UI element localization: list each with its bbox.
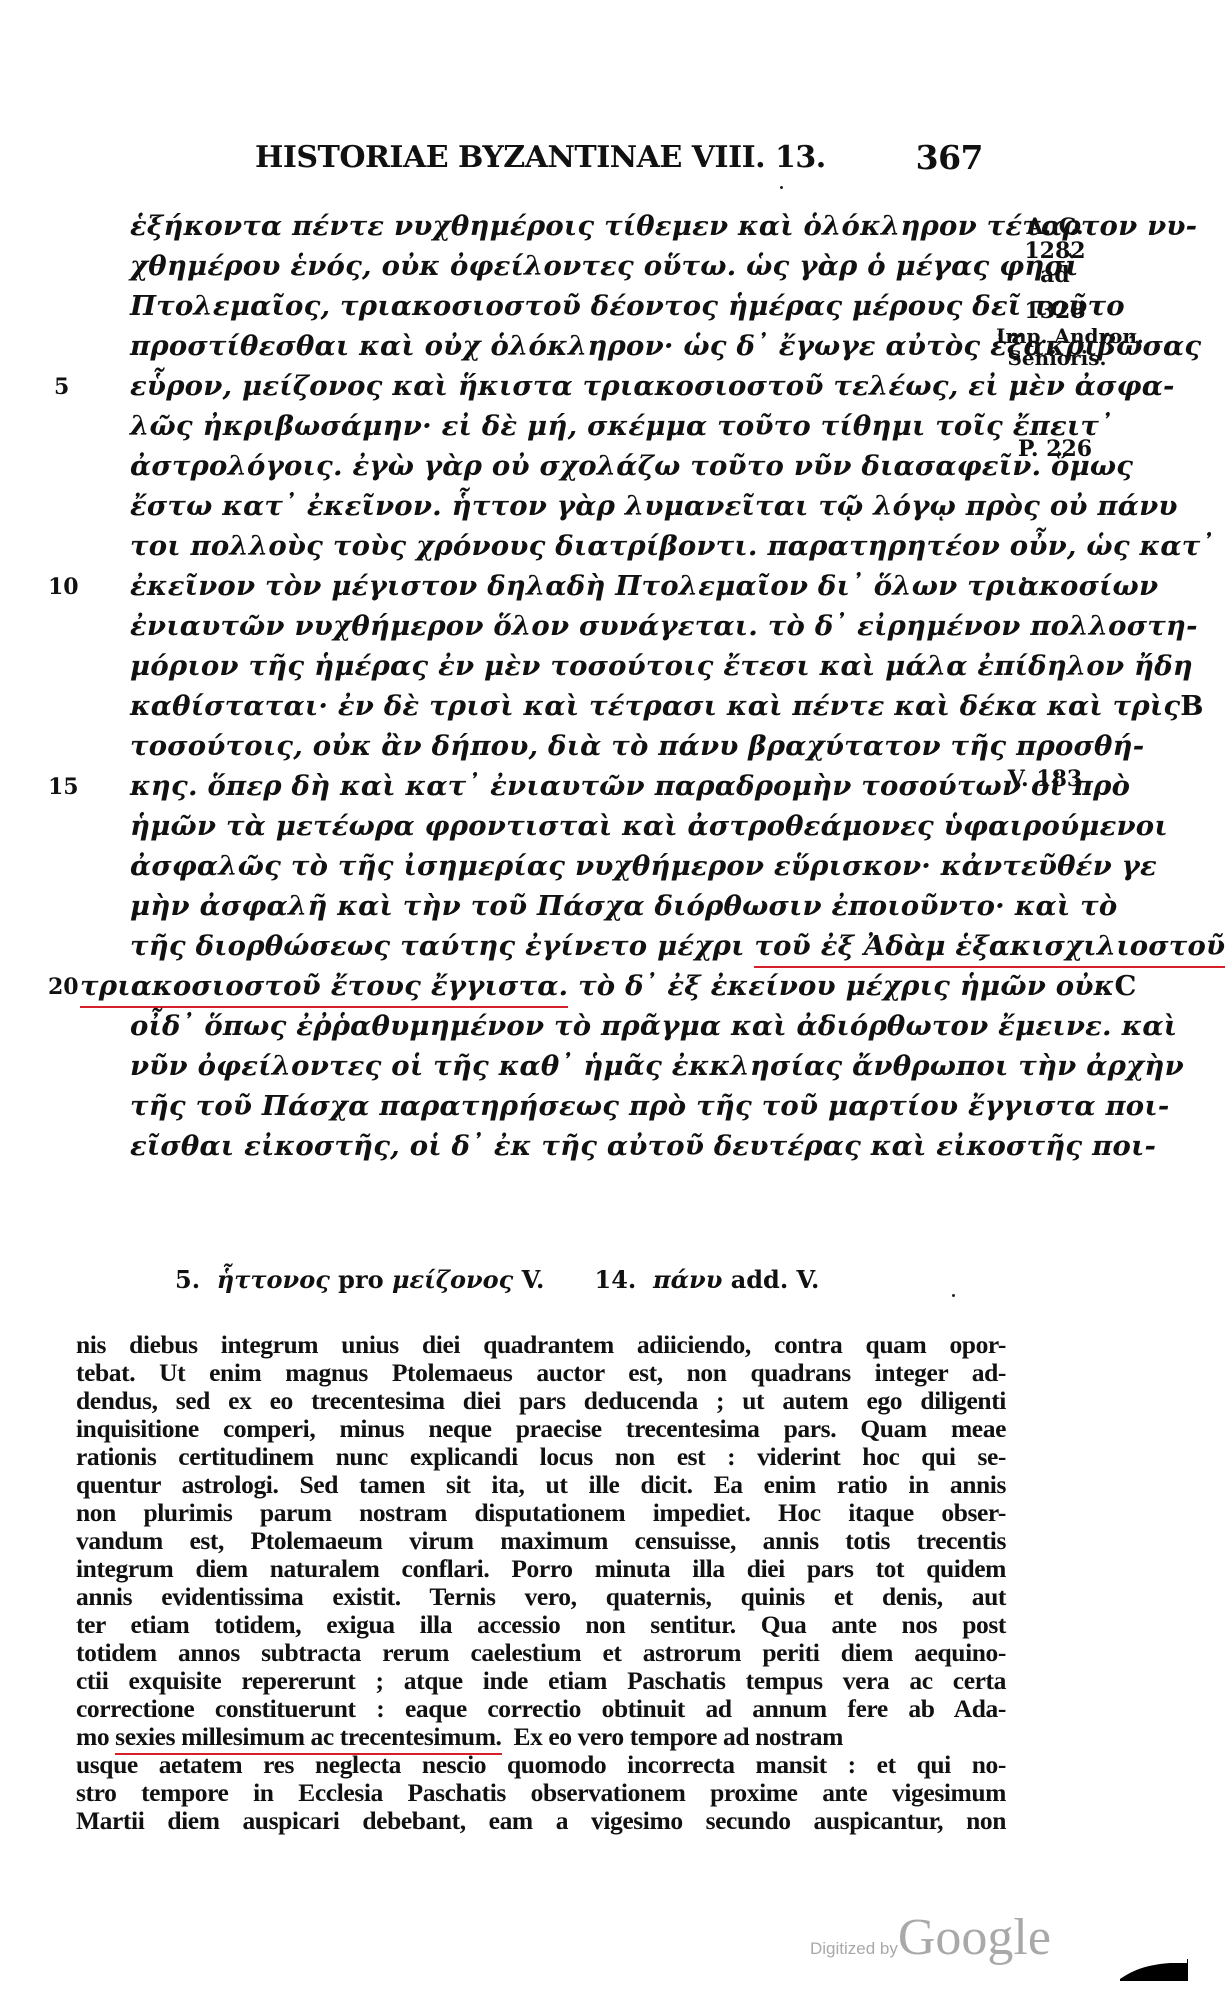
- underlined-phrase: τριακοσιοστοῦ ἔτους ἔγγιστα.: [80, 970, 568, 1008]
- latin-line: nis diebus integrum unius diei quadrante…: [76, 1330, 1006, 1360]
- page-number: 367: [916, 138, 983, 177]
- margin-year-start: 1282: [1010, 238, 1100, 264]
- latin-line-highlighted: mo sexies millesimum ac trecentesimum. E…: [76, 1722, 1006, 1752]
- scan-artifact-icon: [1120, 1959, 1188, 1981]
- scanned-book-page: HISTORIAE BYZANTINAE VIII. 13. 367 ἑξήκο…: [0, 0, 1231, 2000]
- latin-line: annis evidentissima existit. Ternis vero…: [76, 1582, 1006, 1612]
- latin-line: totidem annos subtracta rerum caelestium…: [76, 1638, 1006, 1668]
- latin-line: ter etiam totidem, exigua illa accessio …: [76, 1610, 1006, 1640]
- running-head: HISTORIAE BYZANTINAE VIII. 13. 367: [255, 140, 1005, 184]
- line-number: 15: [48, 774, 79, 800]
- latin-line: stro tempore in Ecclesia Paschatis obser…: [76, 1778, 1006, 1808]
- underlined-phrase: τοῦ ἐξ Ἀδὰμ ἑξακισχιλιοστοῦ: [754, 930, 1225, 968]
- scan-speck: [1022, 577, 1026, 581]
- line-number: 10: [48, 574, 79, 600]
- margin-ad: ad: [1010, 262, 1100, 288]
- critical-apparatus: 5. ἧττονος pro μείζονος V. 14. πάνυ add.…: [175, 1265, 819, 1294]
- margin-page-ref-p: P. 226: [1000, 436, 1110, 462]
- latin-line: tebat. Ut enim magnus Ptolemaeus auctor …: [76, 1358, 1006, 1388]
- margin-emperor-2: Senioris.: [1002, 346, 1112, 370]
- latin-line: Martii diem auspicari debebant, eam a vi…: [76, 1806, 1006, 1836]
- latin-line: integrum diem naturalem conflari. Porro …: [76, 1554, 1006, 1584]
- latin-line: ctii exquisite repererunt ; atque inde e…: [76, 1666, 1006, 1696]
- margin-page-ref-v: V. 183: [990, 766, 1100, 792]
- running-head-title: HISTORIAE BYZANTINAE VIII. 13.: [255, 140, 826, 175]
- margin-era: A. C.: [1010, 214, 1100, 240]
- digitized-by-google-watermark: Digitized byGoogle: [810, 1908, 1051, 1967]
- latin-line: vandum est, Ptolemaeum virum maximum cen…: [76, 1526, 1006, 1556]
- scan-speck: [780, 186, 783, 189]
- margin-emperor: Imp. Andron.: [996, 324, 1116, 348]
- latin-line: inquisitione comperi, minus neque praeci…: [76, 1414, 1006, 1444]
- line-number: 5: [54, 374, 69, 400]
- greek-line: εῖσθαι εἰκοστῆς, οἱ δ᾽ ἐκ τῆς αὐτοῦ δευτ…: [130, 1130, 980, 1178]
- latin-line: correctione constituerunt : eaque correc…: [76, 1694, 1006, 1724]
- margin-year-end: 1328: [1010, 298, 1100, 324]
- line-number: 20: [48, 974, 79, 1000]
- latin-line: non plurimis parum nostram disputationem…: [76, 1498, 1006, 1528]
- section-marker: B: [1180, 690, 1203, 722]
- latin-line: quentur astrologi. Sed tamen sit ita, ut…: [76, 1470, 1006, 1500]
- section-marker: C: [1114, 970, 1136, 1002]
- latin-line: dendus, sed ex eo trecentesima diei pars…: [76, 1386, 1006, 1416]
- latin-line: usque aetatem res neglecta nescio quomod…: [76, 1750, 1006, 1780]
- latin-line: rationis certitudinem nunc explicandi lo…: [76, 1442, 1006, 1472]
- scan-speck: [952, 1294, 955, 1297]
